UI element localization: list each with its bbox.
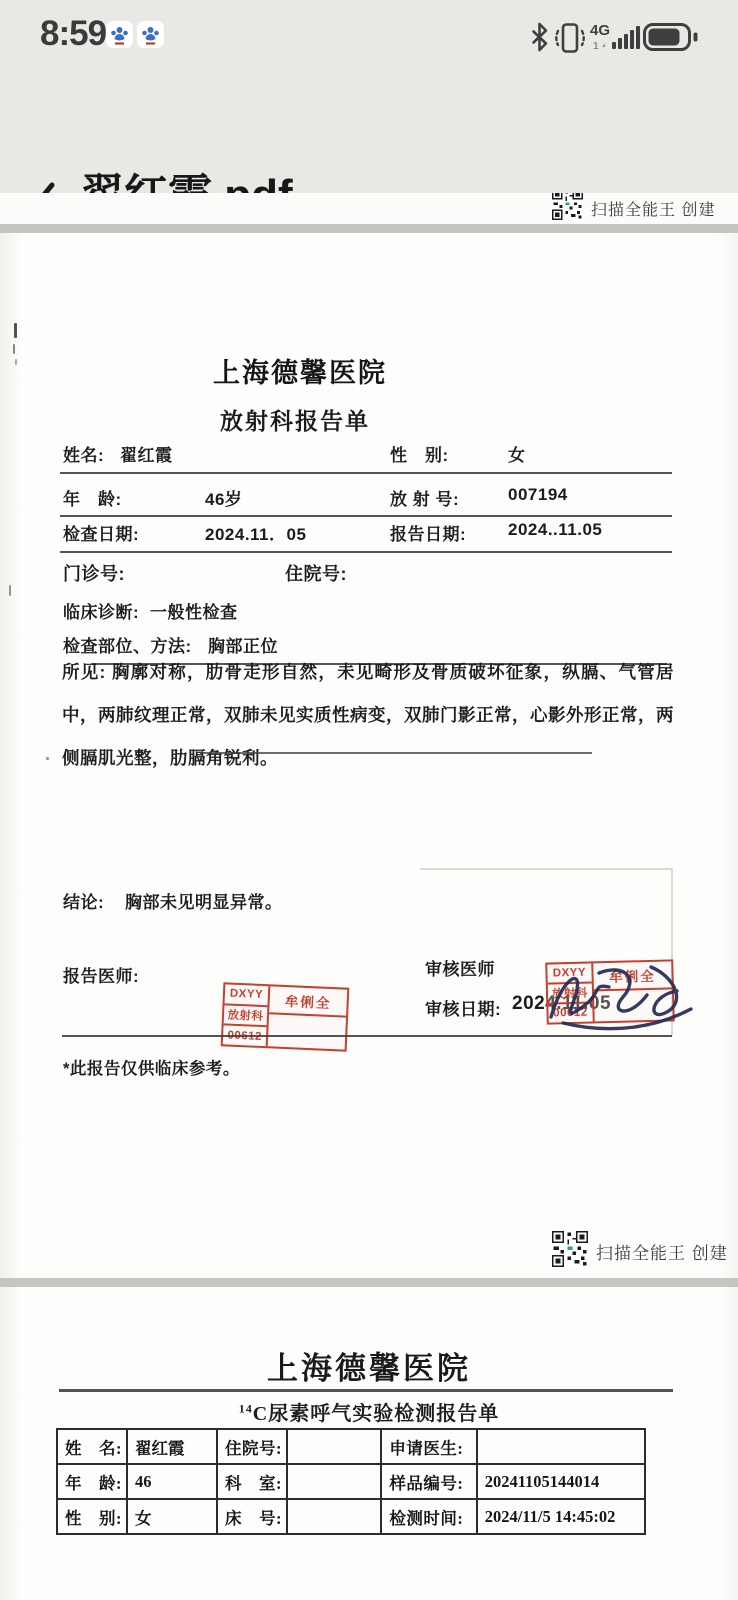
stamp-doctor-name: 牟俐全: [593, 961, 672, 991]
cell-value: [287, 1499, 381, 1534]
screen: 8:59: [0, 0, 738, 1600]
divider: [60, 472, 672, 474]
name-label: 姓名:: [63, 441, 104, 466]
cell-label: 样品编号:: [381, 1464, 476, 1499]
cell-value: 翟红霞: [127, 1429, 217, 1464]
report-footnote: *此报告仅供临床参考。: [63, 1055, 240, 1079]
exam-date-label: 检查日期:: [63, 520, 139, 545]
radiology-no-value: 007194: [508, 485, 568, 505]
paw-icon: [109, 24, 130, 45]
diagnosis-label: 临床诊断:: [63, 598, 139, 623]
inpatient-no-label: 住院号:: [285, 560, 347, 586]
cell-value: 46: [127, 1464, 217, 1499]
name-value: 翟红霞: [120, 441, 173, 466]
conclusion-label: 结论:: [63, 888, 104, 913]
cell-value: 2024/11/5 14:45:02: [477, 1499, 645, 1534]
status-bar: 8:59: [0, 0, 738, 75]
isotope-superscript: 14: [239, 1401, 253, 1415]
pdf-page-1: 上海德馨医院 放射科报告单 姓名: 翟红霞 性 别: 女 年 龄: 46岁 放 …: [0, 233, 738, 1278]
camscanner-watermark-label: 扫描全能王 创建: [591, 193, 715, 220]
divider: [200, 752, 592, 754]
cell-label: 检测时间:: [381, 1499, 476, 1534]
scan-faint-line: [420, 868, 672, 870]
cell-label: 住院号:: [217, 1429, 287, 1464]
gender-label: 性 别:: [390, 441, 449, 466]
divider: [60, 515, 672, 517]
review-doctor-label: 审核医师: [425, 955, 495, 980]
page-separator: [0, 224, 738, 233]
review-date-label: 审核日期:: [425, 995, 501, 1020]
cell-value: [287, 1464, 381, 1499]
hospital-name: 上海德馨医院: [0, 1343, 738, 1388]
cell-value: 女: [127, 1499, 217, 1534]
pdf-page-2: 上海德馨医院 14C尿素呼气实验检测报告单 姓 名: 翟红霞 住院号: 申请医生…: [0, 1287, 738, 1600]
findings-paragraph: 所见: 胸廓对称，肋骨走形自然，未见畸形及骨质破坏征象，纵膈、气管居中，两肺纹理…: [62, 651, 674, 780]
table-row: 性 别: 女 床 号: 检测时间: 2024/11/5 14:45:02: [57, 1499, 645, 1534]
divider: [60, 551, 672, 553]
camscanner-watermark-top: 扫描全能王 创建: [552, 193, 715, 220]
scan-artifact: [14, 323, 17, 338]
paw-icon: [140, 24, 161, 45]
clock: 8:59: [40, 14, 106, 54]
cell-label: 申请医生:: [381, 1429, 476, 1464]
diagnosis-value: 一般性检查: [150, 598, 238, 623]
radiology-no-label: 放 射 号:: [390, 485, 459, 510]
cell-value: [287, 1429, 381, 1464]
bluetooth-icon: [531, 22, 549, 52]
cell-label: 年 龄:: [57, 1464, 127, 1499]
conclusion-value: 胸部未见明显异常。: [125, 888, 283, 913]
app-notification-icon: [106, 21, 133, 48]
cell-label: 性 别:: [57, 1499, 127, 1534]
stamp-department: 放射科: [224, 1005, 268, 1028]
qr-code-icon: [552, 1231, 588, 1267]
divider: [62, 1035, 672, 1037]
table-row: 姓 名: 翟红霞 住院号: 申请医生:: [57, 1429, 645, 1464]
cell-value: [477, 1429, 645, 1464]
cellular-signal-icon: 4G 1: [590, 21, 642, 53]
file-preview-header: 翟红霞.pdf 文件预览: [0, 75, 738, 193]
table-row: 年 龄: 46 科 室: 样品编号: 20241105144014: [57, 1464, 645, 1499]
stamp-number: 00612: [548, 1003, 592, 1022]
cell-label: 床 号:: [217, 1499, 287, 1534]
sim-indicator: 1: [593, 41, 599, 52]
qr-code-icon: [552, 193, 583, 220]
stamp-left-column: DXYY 放射科 00612: [547, 963, 594, 1022]
stamp-department: 放射科: [548, 983, 592, 1004]
scan-artifact: [9, 585, 11, 596]
network-type-label: 4G: [590, 22, 610, 39]
battery-icon: [643, 23, 699, 51]
age-label: 年 龄:: [63, 485, 122, 510]
cell-value: 20241105144014: [477, 1464, 645, 1499]
gender-value: 女: [508, 441, 526, 466]
stamp-code: DXYY: [547, 963, 591, 984]
stamp-doctor-name: 牟俐全: [269, 986, 347, 1018]
stamp-right-column: 牟俐全: [593, 961, 673, 1021]
vibrate-icon: [553, 23, 587, 53]
camscanner-watermark-label: 扫描全能王 创建: [596, 1231, 728, 1264]
report-title: 14C尿素呼气实验检测报告单: [0, 1397, 738, 1426]
report-title-text: C尿素呼气实验检测报告单: [253, 1403, 499, 1425]
stamp-empty-cell: [594, 989, 673, 1022]
doctor-stamp: DXYY 放射科 00612 牟俐全: [221, 982, 350, 1051]
report-title: 放射科报告单: [0, 403, 590, 436]
report-date-label: 报告日期:: [390, 520, 466, 545]
stamp-code: DXYY: [224, 984, 268, 1007]
patient-info-table: 姓 名: 翟红霞 住院号: 申请医生: 年 龄: 46 科 室: 样品编号: 2…: [56, 1428, 646, 1535]
age-value: 46岁: [205, 485, 242, 510]
scan-artifact: [46, 757, 49, 760]
page-separator: [0, 1278, 738, 1287]
camscanner-watermark-bottom: 扫描全能王 创建: [552, 1231, 728, 1267]
app-notification-icon: [137, 21, 164, 48]
cell-label: 科 室:: [217, 1464, 287, 1499]
report-date-value: 2024..11.05: [508, 520, 602, 540]
exam-date-value: 2024.11．05: [205, 520, 306, 545]
report-doctor-label: 报告医师:: [63, 962, 139, 987]
stamp-right-column: 牟俐全: [268, 986, 347, 1049]
document-strip-top: 扫描全能王 创建: [0, 193, 738, 224]
outpatient-no-label: 门诊号:: [63, 560, 125, 586]
hospital-name: 上海德馨医院: [0, 351, 600, 390]
cell-label: 姓 名:: [57, 1429, 127, 1464]
stamp-empty-cell: [268, 1015, 346, 1050]
findings-label: 所见:: [62, 662, 106, 682]
doctor-stamp: DXYY 放射科 00612 牟俐全: [545, 959, 675, 1024]
divider: [59, 1389, 673, 1392]
